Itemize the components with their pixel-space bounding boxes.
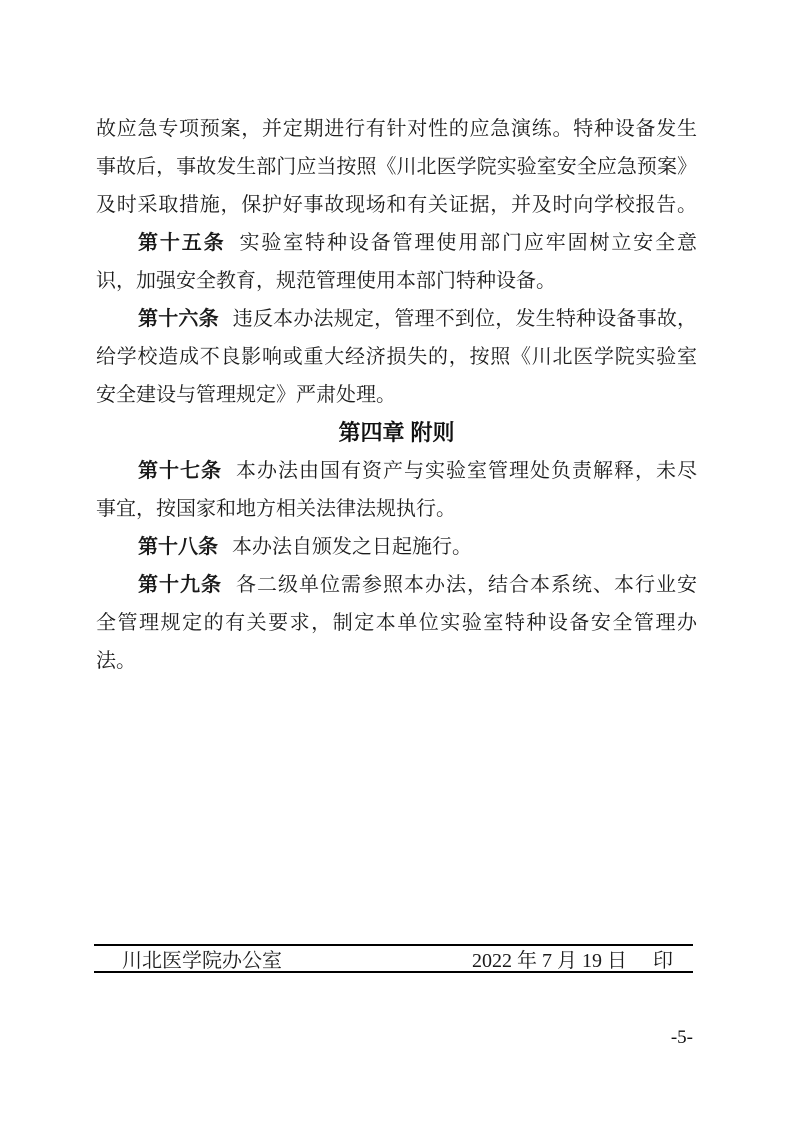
article-17-line-2: 事宜，按国家和地方相关法律法规执行。	[96, 490, 697, 528]
article-16-text: 违反本办法规定，管理不到位，发生特种设备事故，	[233, 308, 697, 330]
footer-imprint: 川北医学院办公室 2022 年 7 月 19 日印	[94, 944, 693, 973]
paragraph-1-line-1: 故应急专项预案，并定期进行有针对性的应急演练。特种设备发生	[96, 110, 697, 148]
article-16-line-3: 安全建设与管理规定》严肃处理。	[96, 376, 697, 414]
paragraph-1-line-2: 事故后，事故发生部门应当按照《川北医学院实验室安全应急预案》	[96, 148, 697, 186]
article-15-text: 实验室特种设备管理使用部门应牢固树立安全意	[240, 232, 698, 254]
print-seal-label: 印	[653, 950, 673, 972]
article-19-text: 各二级单位需参照本办法，结合本系统、本行业安	[236, 574, 697, 596]
article-17-number: 第十七条	[138, 460, 222, 482]
page-number: -5-	[671, 1027, 693, 1049]
print-date: 2022 年 7 月 19 日印	[472, 944, 673, 973]
article-15-number: 第十五条	[138, 232, 226, 254]
article-18-line-1: 第十八条本办法自颁发之日起施行。	[96, 528, 697, 566]
article-19-line-2: 全管理规定的有关要求，制定本单位实验室特种设备安全管理办	[96, 604, 697, 642]
article-17-line-1: 第十七条本办法由国有资产与实验室管理处负责解释，未尽	[96, 452, 697, 490]
article-15-line-1: 第十五条实验室特种设备管理使用部门应牢固树立安全意	[96, 224, 697, 262]
print-date-text: 2022 年 7 月 19 日	[472, 950, 627, 972]
article-16-line-2: 给学校造成不良影响或重大经济损失的，按照《川北医学院实验室	[96, 338, 697, 376]
paragraph-1-line-3: 及时采取措施，保护好事故现场和有关证据，并及时向学校报告。	[96, 186, 697, 224]
article-18-number: 第十八条	[138, 536, 218, 558]
article-17-text: 本办法由国有资产与实验室管理处负责解释，未尽	[236, 460, 697, 482]
article-19-line-1: 第十九条各二级单位需参照本办法，结合本系统、本行业安	[96, 566, 697, 604]
document-body: 故应急专项预案，并定期进行有针对性的应急演练。特种设备发生 事故后，事故发生部门…	[96, 110, 697, 680]
article-16-number: 第十六条	[138, 308, 219, 330]
issuing-office-label: 川北医学院办公室	[122, 944, 282, 973]
article-18-text: 本办法自颁发之日起施行。	[232, 536, 472, 558]
article-16-line-1: 第十六条违反本办法规定，管理不到位，发生特种设备事故，	[96, 300, 697, 338]
chapter-4-heading: 第四章 附则	[96, 414, 697, 452]
article-19-line-3: 法。	[96, 642, 697, 680]
article-15-line-2: 识，加强安全教育，规范管理使用本部门特种设备。	[96, 262, 697, 300]
article-19-number: 第十九条	[138, 574, 222, 596]
document-page: { "colors": { "background": "#ffffff", "…	[0, 0, 793, 1122]
